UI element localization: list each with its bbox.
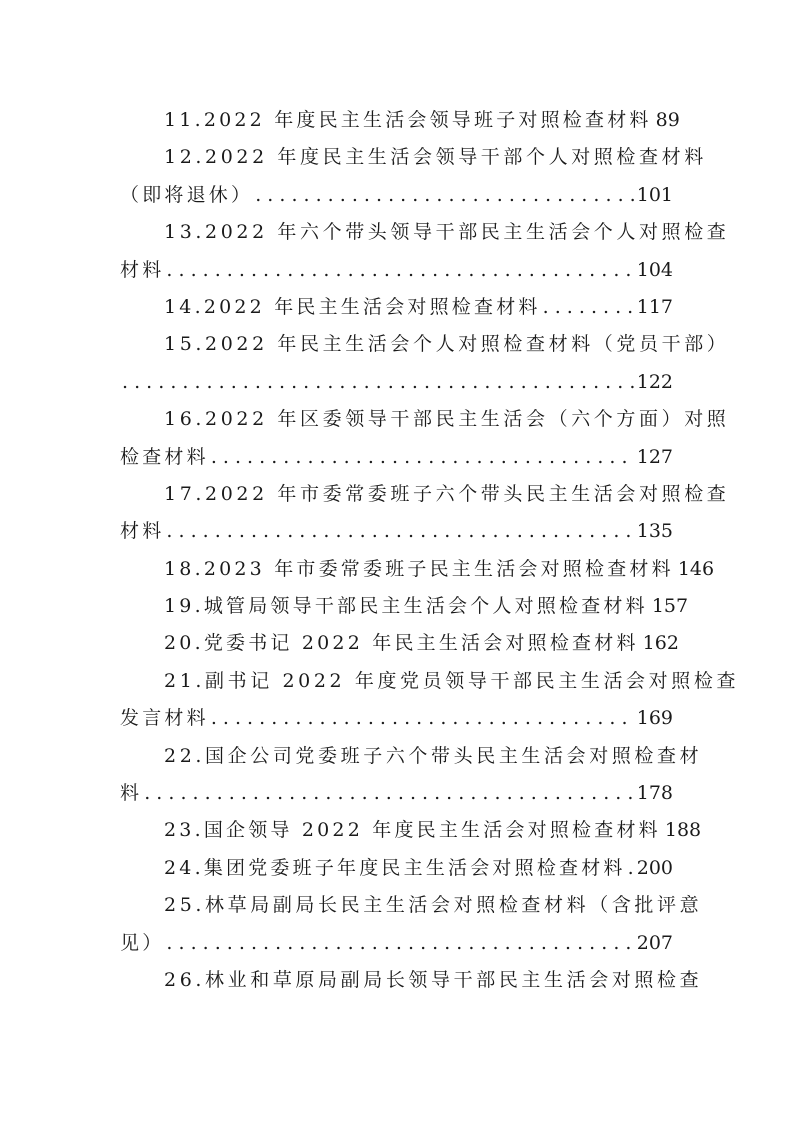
dot-leader: [166, 513, 634, 550]
toc-entry-title-continued: 发言材料: [120, 700, 209, 737]
dot-leader: [166, 252, 634, 289]
toc-page-number: 101: [637, 177, 673, 214]
toc-entry-title: 25.林草局副局长民主生活会对照检查材料（含批评意: [164, 887, 702, 924]
toc-entry-title: 12.2022 年度民主生活会领导干部个人对照检查材料: [164, 139, 707, 176]
toc-entry-title-continued: 材料: [120, 513, 164, 550]
dot-leader: [122, 364, 635, 401]
toc-entry-title-continued: 料: [120, 775, 142, 812]
toc-entry-title: 18.2023 年市委常委班子民主生活会对照检查材料: [164, 551, 674, 588]
toc-page: 11.2022 年度民主生活会领导班子对照检查材料 89 12.2022 年度民…: [120, 102, 673, 999]
toc-page-number: 178: [637, 775, 673, 812]
toc-page-number: 89: [656, 102, 680, 139]
toc-entry-title: 15.2022 年民主生活会个人对照检查材料（党员干部）: [164, 326, 729, 363]
toc-entry-12[interactable]: 12.2022 年度民主生活会领导干部个人对照检查材料 （即将退休） 101: [120, 139, 673, 214]
toc-page-number: 135: [637, 513, 673, 550]
dot-leader: [211, 700, 635, 737]
toc-entry-title-continued: 见）: [120, 925, 164, 962]
toc-entry-14[interactable]: 14.2022 年民主生活会对照检查材料 117: [120, 289, 673, 326]
toc-page-number: 162: [643, 625, 679, 662]
toc-entry-title: 13.2022 年六个带头领导干部民主生活会个人对照检查: [164, 214, 729, 251]
toc-entry-title-continued: 检查材料: [120, 439, 209, 476]
toc-entry-title-continued: 材料: [120, 252, 164, 289]
toc-entry-17[interactable]: 17.2022 年市委常委班子六个带头民主生活会对照检查 材料 135: [120, 476, 673, 551]
toc-entry-25[interactable]: 25.林草局副局长民主生活会对照检查材料（含批评意 见） 207: [120, 887, 673, 962]
toc-entry-19[interactable]: 19.城管局领导干部民主生活会个人对照检查材料 157: [120, 588, 673, 625]
dot-leader: [255, 177, 635, 214]
toc-entry-23[interactable]: 23.国企领导 2022 年度民主生活会对照检查材料 188: [120, 812, 673, 849]
toc-entry-13[interactable]: 13.2022 年六个带头领导干部民主生活会个人对照检查 材料 104: [120, 214, 673, 289]
dot-leader: [628, 850, 635, 887]
toc-entry-21[interactable]: 21.副书记 2022 年度党员领导干部民主生活会对照检查 发言材料 169: [120, 663, 673, 738]
toc-entry-26[interactable]: 26.林业和草原局副局长领导干部民主生活会对照检查: [120, 962, 673, 999]
toc-entry-title: 22.国企公司党委班子六个带头民主生活会对照检查材: [164, 738, 702, 775]
toc-entry-title: 20.党委书记 2022 年民主生活会对照检查材料: [164, 625, 639, 662]
toc-entry-title-continued: （即将退休）: [120, 177, 253, 214]
toc-page-number: 157: [652, 588, 688, 625]
toc-page-number: 207: [637, 925, 673, 962]
dot-leader: [166, 925, 634, 962]
toc-entry-title: 17.2022 年市委常委班子六个带头民主生活会对照检查: [164, 476, 729, 513]
toc-page-number: 127: [637, 439, 673, 476]
dot-leader: [543, 289, 635, 326]
toc-entry-16[interactable]: 16.2022 年区委领导干部民主生活会（六个方面）对照 检查材料 127: [120, 401, 673, 476]
toc-entry-title: 21.副书记 2022 年度党员领导干部民主生活会对照检查: [164, 663, 739, 700]
toc-entry-title: 23.国企领导 2022 年度民主生活会对照检查材料: [164, 812, 661, 849]
toc-entry-24[interactable]: 24.集团党委班子年度民主生活会对照检查材料 200: [120, 850, 673, 887]
dot-leader: [211, 439, 635, 476]
toc-entry-title: 16.2022 年区委领导干部民主生活会（六个方面）对照: [164, 401, 729, 438]
toc-page-number: 104: [637, 252, 673, 289]
toc-entry-11[interactable]: 11.2022 年度民主生活会领导班子对照检查材料 89: [120, 102, 673, 139]
toc-entry-title: 14.2022 年民主生活会对照检查材料: [164, 289, 541, 326]
toc-page-number: 188: [665, 812, 701, 849]
toc-page-number: 122: [637, 364, 673, 401]
toc-entry-15[interactable]: 15.2022 年民主生活会个人对照检查材料（党员干部） 122: [120, 326, 673, 401]
toc-entry-title: 19.城管局领导干部民主生活会个人对照检查材料: [164, 588, 648, 625]
toc-entry-title: 24.集团党委班子年度民主生活会对照检查材料: [164, 850, 626, 887]
dot-leader: [144, 775, 635, 812]
toc-page-number: 169: [637, 700, 673, 737]
toc-entry-title: 11.2022 年度民主生活会领导班子对照检查材料: [164, 102, 652, 139]
toc-entry-title: 26.林业和草原局副局长领导干部民主生活会对照检查: [164, 962, 702, 999]
toc-entry-20[interactable]: 20.党委书记 2022 年民主生活会对照检查材料 162: [120, 625, 673, 662]
toc-page-number: 117: [637, 289, 673, 326]
toc-entry-18[interactable]: 18.2023 年市委常委班子民主生活会对照检查材料 146: [120, 551, 673, 588]
toc-page-number: 200: [637, 850, 673, 887]
toc-page-number: 146: [678, 551, 714, 588]
toc-entry-22[interactable]: 22.国企公司党委班子六个带头民主生活会对照检查材 料 178: [120, 738, 673, 813]
